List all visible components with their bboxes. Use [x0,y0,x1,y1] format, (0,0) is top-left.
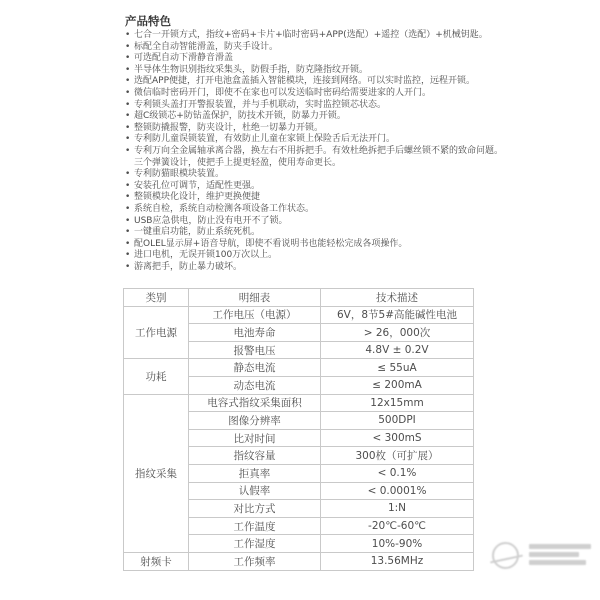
spec-item-cell: 指纹容量 [189,447,321,465]
spec-value-cell: > 26，000次 [321,324,474,342]
feature-item: 专利防儿童误锁装置，有效防止儿童在家锁上保险舌后无法开门。 [125,134,527,146]
feature-item: 专利防猫眼模块装置。 [125,169,527,181]
feature-item: 配OLEL显示屏+语音导航，即使不看说明书也能轻松完成各项操作。 [125,239,527,251]
spec-item-cell: 工作湿度 [189,535,321,553]
col-header-category: 类别 [124,289,189,307]
spec-item-cell: 认假率 [189,482,321,500]
spec-item-cell: 对比方式 [189,500,321,518]
table-row: 射频卡工作频率13.56MHz [124,552,474,570]
col-header-description: 技术描述 [321,289,474,307]
spec-item-cell: 比对时间 [189,429,321,447]
spec-value-cell: < 0.0001% [321,482,474,500]
watermark-logo-icon [492,542,519,569]
feature-item: 微信临时密码开门，即使不在家也可以发送临时密码给需要进家的人开门。 [125,88,527,100]
category-cell: 工作电源 [124,306,189,359]
spec-value-cell: < 0.1% [321,464,474,482]
spec-value-cell: 500DPI [321,412,474,430]
feature-item: 可选配自动下滑静音滑盖 [125,53,527,65]
feature-item: 选配APP便捷，打开电池盒盖插入智能模块，连接到网络。可以实时监控，远程开锁。 [125,76,527,88]
feature-item: 七合一开锁方式，指纹+密码+卡片+临时密码+APP(选配）+遥控（选配）+机械钥… [125,30,527,42]
feature-item: 半导体生物识别指纹采集头，防假手指，防克隆指纹开锁。 [125,65,527,77]
spec-item-cell: 工作电压（电源） [189,306,321,324]
col-header-detail: 明细表 [189,289,321,307]
category-cell: 指纹采集 [124,394,189,552]
spec-item-cell: 静态电流 [189,359,321,377]
feature-item: USB应急供电，防止没有电开不了锁。 [125,216,527,228]
spec-value-cell: 10%-90% [321,535,474,553]
feature-item: 游离把手，防止暴力破坏。 [125,262,527,274]
watermark-text [529,544,593,568]
spec-value-cell: 13.56MHz [321,552,474,570]
category-cell: 功耗 [124,359,189,394]
spec-value-cell: -20℃-60℃ [321,517,474,535]
table-header-row: 类别 明细表 技术描述 [124,289,474,307]
feature-item: 安装孔位可调节，适配性更强。 [125,181,527,193]
spec-value-cell: < 300mS [321,429,474,447]
spec-table: 类别 明细表 技术描述 工作电源工作电压（电源）6V，8节5#高能碱性电池电池寿… [123,288,474,571]
table-row: 工作电源工作电压（电源）6V，8节5#高能碱性电池 [124,306,474,324]
feature-item: 系统自检，系统自动检测各项设备工作状态。 [125,204,527,216]
spec-value-cell: 1:N [321,500,474,518]
feature-item: 一键重启功能，防止系统死机。 [125,227,527,239]
feature-item: 进口电机，无误开锁100万次以上。 [125,250,527,262]
spec-item-cell: 图像分辨率 [189,412,321,430]
spec-value-cell: 300枚（可扩展） [321,447,474,465]
feature-item: 标配全自动智能滑盖，防夹手设计。 [125,42,527,54]
table-row: 指纹采集电容式指纹采集面积12x15mm [124,394,474,412]
category-cell: 射频卡 [124,552,189,570]
spec-item-cell: 电池寿命 [189,324,321,342]
spec-value-cell: ≤ 200mA [321,376,474,394]
table-row: 功耗静态电流≤ 55uA [124,359,474,377]
spec-item-cell: 工作频率 [189,552,321,570]
feature-item: 整锁防撬报警，防夹设计，杜绝一切暴力开锁。 [125,123,527,135]
spec-item-cell: 动态电流 [189,376,321,394]
spec-item-cell: 电容式指纹采集面积 [189,394,321,412]
watermark [487,535,600,581]
spec-item-cell: 拒真率 [189,464,321,482]
spec-value-cell: ≤ 55uA [321,359,474,377]
feature-item: 专利锁头盖打开警报装置，并与手机联动，实时监控锁芯状态。 [125,100,527,112]
spec-value-cell: 4.8V ± 0.2V [321,341,474,359]
page-title: 产品特色 [125,13,171,29]
spec-item-cell: 工作温度 [189,517,321,535]
spec-value-cell: 12x15mm [321,394,474,412]
feature-item: 超C级锁芯+防钻盖保护，防技术开锁，防暴力开锁。 [125,111,527,123]
feature-item: 整锁模块化设计，维护更换便捷 [125,192,527,204]
spec-item-cell: 报警电压 [189,341,321,359]
feature-list: 七合一开锁方式，指纹+密码+卡片+临时密码+APP(选配）+遥控（选配）+机械钥… [125,30,527,273]
feature-item: 专利万向全金属轴承离合器，换左右不用拆把手。有效杜绝拆把手后螺丝锁不紧的致命问题… [125,146,527,169]
spec-value-cell: 6V，8节5#高能碱性电池 [321,306,474,324]
